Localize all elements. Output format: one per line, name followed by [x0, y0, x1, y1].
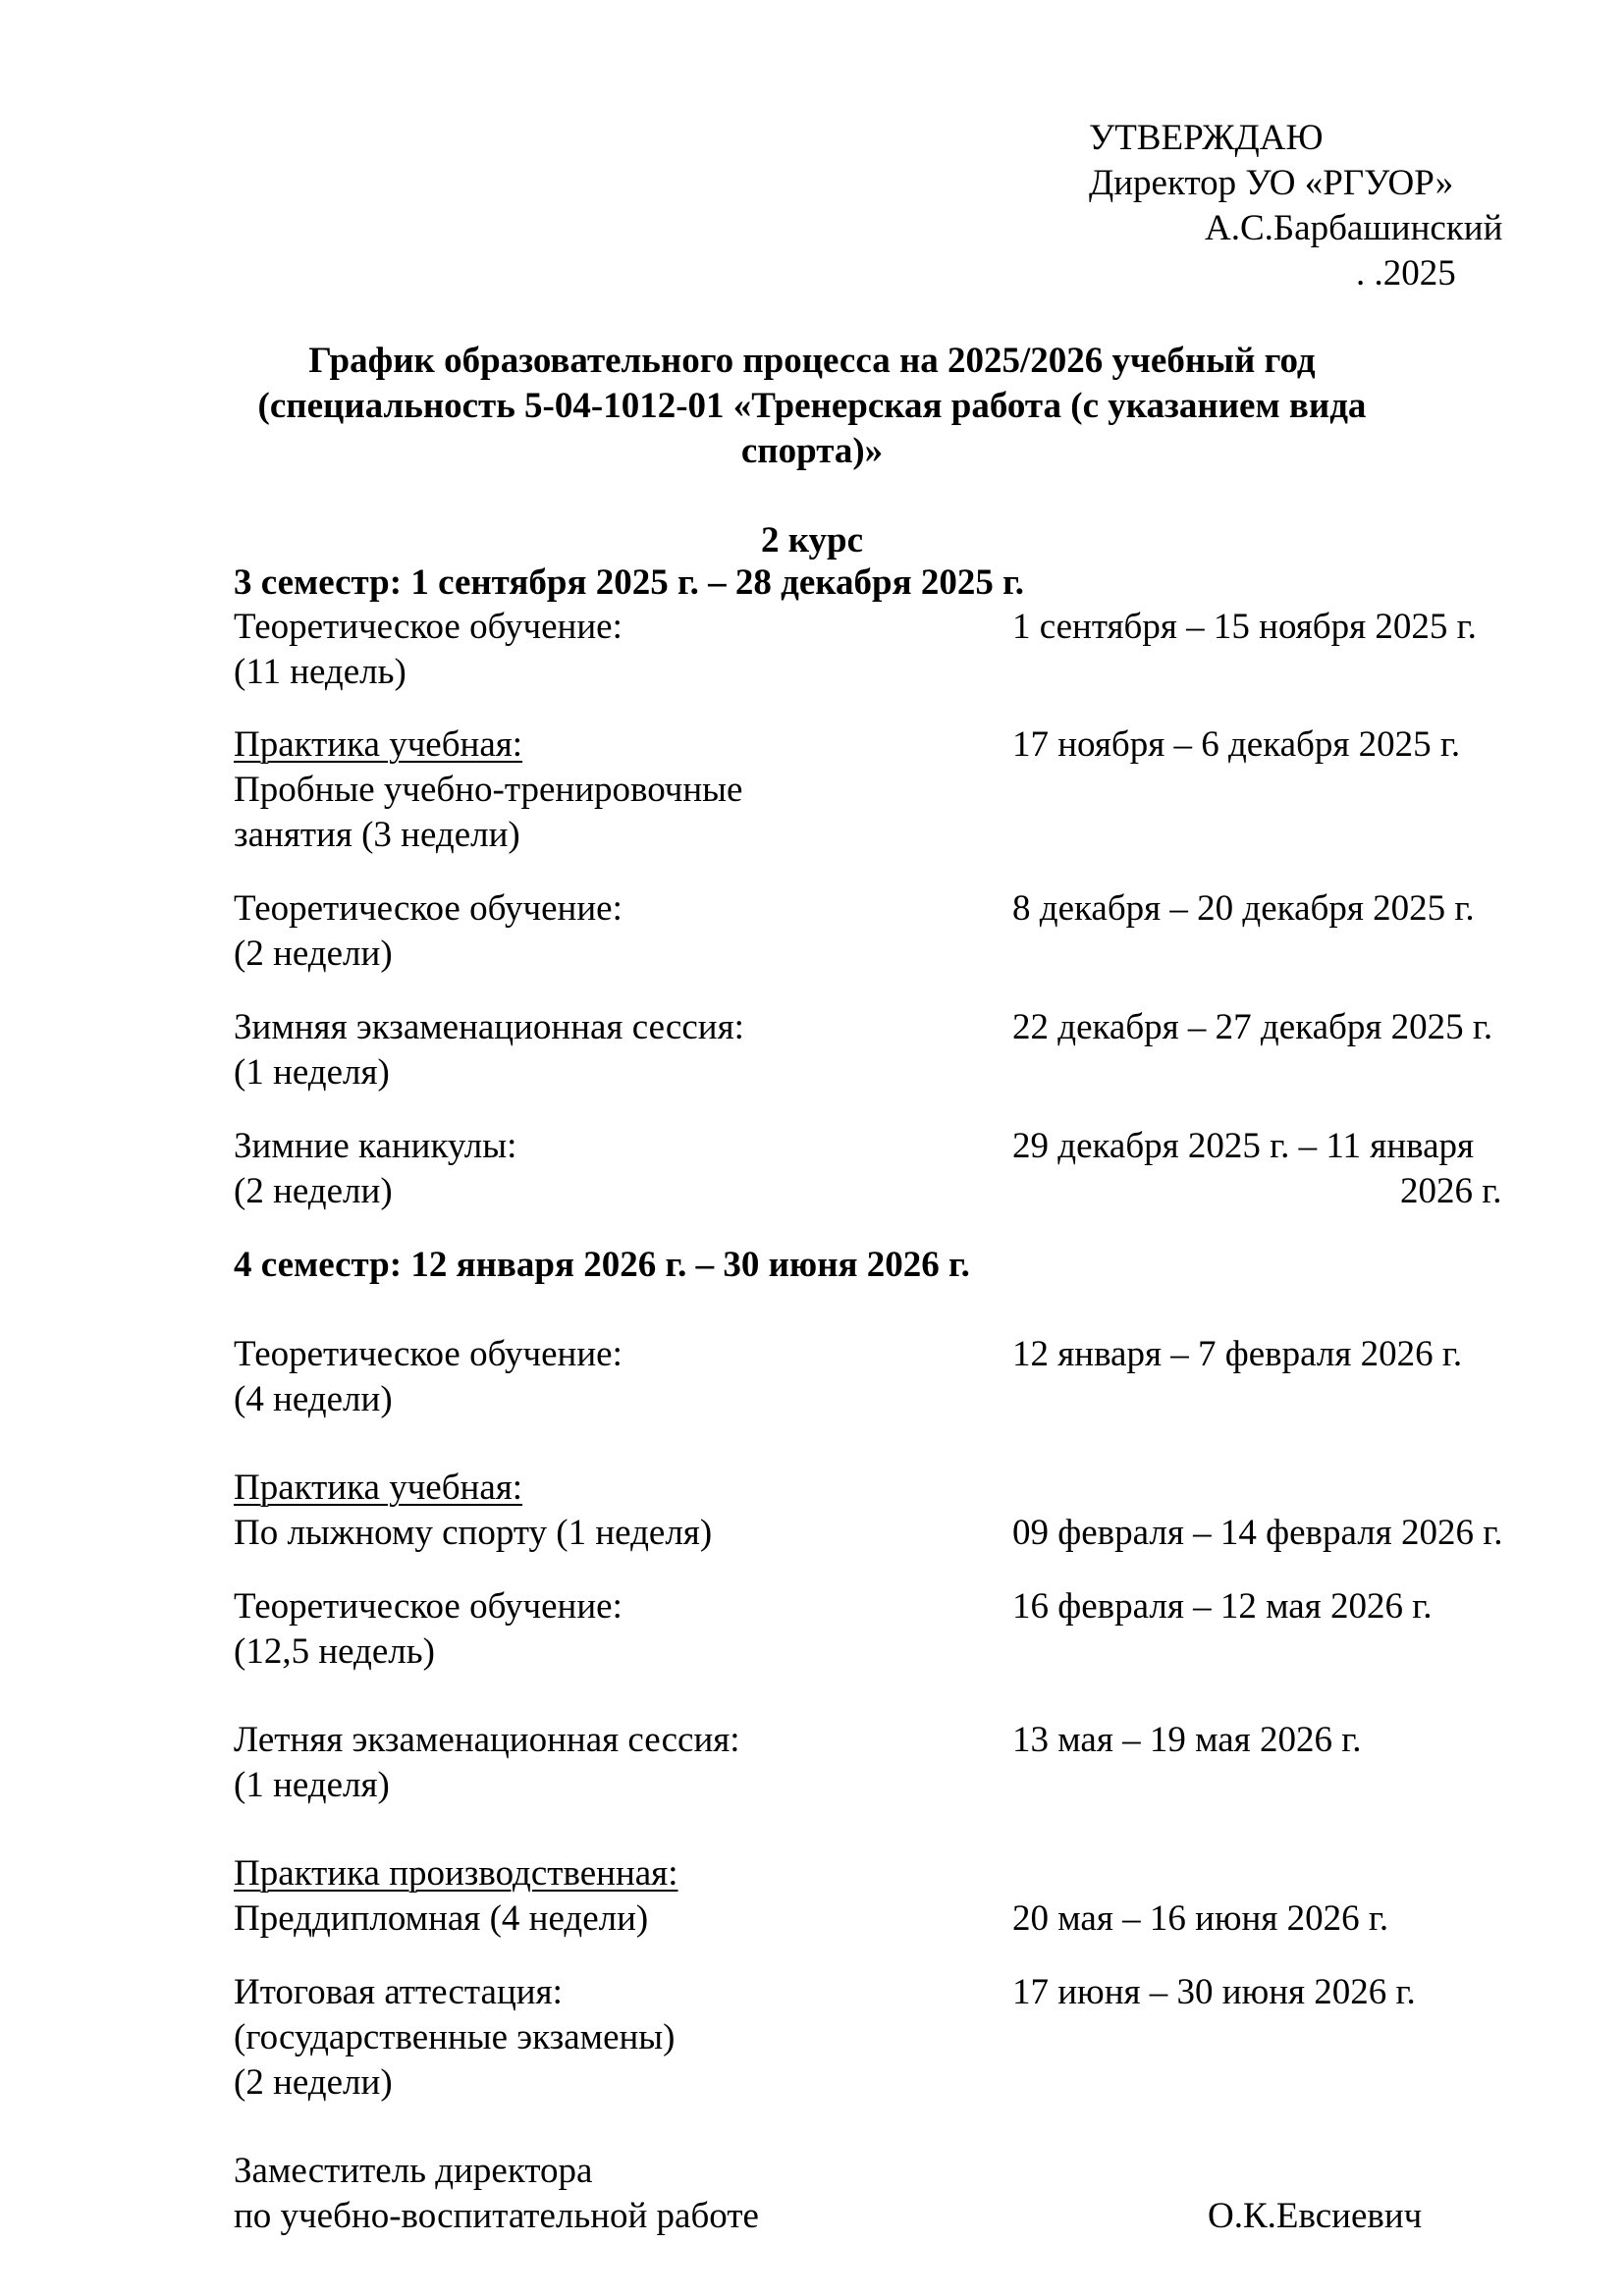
document-title-line-3: спорта)»: [0, 429, 1624, 474]
s3-item-5-dates-cont: 2026 г.: [1400, 1169, 1502, 1214]
s4-item-1-dates: 12 января – 7 февраля 2026 г.: [1012, 1332, 1462, 1377]
signature-position-line-1: Заместитель директора: [234, 2149, 592, 2194]
s4-item-2-label: Практика учебная:: [234, 1466, 522, 1511]
s4-item-5-label: Практика производственная:: [234, 1851, 677, 1896]
s4-item-5-dates: 20 мая – 16 июня 2026 г.: [1012, 1896, 1388, 1942]
approval-position: Директор УО «РГУОР»: [1089, 161, 1453, 206]
s4-item-3-label: Теоретическое обучение:: [234, 1584, 623, 1629]
s3-item-1-detail: (11 недель): [234, 650, 406, 695]
s3-item-5-dates: 29 декабря 2025 г. – 11 января: [1012, 1124, 1474, 1169]
approval-date: . .2025: [1356, 251, 1456, 296]
s3-item-2-detail-2: занятия (3 недели): [234, 813, 520, 858]
s4-item-6-detail-1: (государственные экзамены): [234, 2015, 675, 2060]
s4-item-2-dates: 09 февраля – 14 февраля 2026 г.: [1012, 1511, 1502, 1556]
s4-item-1-label: Теоретическое обучение:: [234, 1332, 623, 1377]
s3-item-4-dates: 22 декабря – 27 декабря 2025 г.: [1012, 1005, 1492, 1050]
course-heading: 2 курс: [0, 518, 1624, 563]
semester-4-heading: 4 семестр: 12 января 2026 г. – 30 июня 2…: [234, 1243, 970, 1288]
s4-item-4-dates: 13 мая – 19 мая 2026 г.: [1012, 1718, 1361, 1763]
document-page: УТВЕРЖДАЮ Директор УО «РГУОР» А.С.Барбаш…: [0, 0, 1624, 2296]
s3-item-2-label: Практика учебная:: [234, 722, 522, 768]
s3-item-1-dates: 1 сентября – 15 ноября 2025 г.: [1012, 605, 1477, 650]
s3-item-5-label: Зимние каникулы:: [234, 1124, 516, 1169]
s4-item-1-detail: (4 недели): [234, 1377, 393, 1422]
signature-position-line-2: по учебно-воспитательной работе: [234, 2194, 759, 2239]
s3-item-3-dates: 8 декабря – 20 декабря 2025 г.: [1012, 886, 1475, 932]
s3-item-1-label: Теоретическое обучение:: [234, 605, 623, 650]
s3-item-2-dates: 17 ноября – 6 декабря 2025 г.: [1012, 722, 1460, 768]
s3-item-2-detail-1: Пробные учебно-тренировочные: [234, 768, 742, 813]
s4-item-3-dates: 16 февраля – 12 мая 2026 г.: [1012, 1584, 1432, 1629]
s4-item-6-detail-2: (2 недели): [234, 2060, 393, 2106]
s3-item-4-label: Зимняя экзаменационная сессия:: [234, 1005, 744, 1050]
s3-item-4-detail: (1 неделя): [234, 1050, 390, 1095]
document-title-line-1: График образовательного процесса на 2025…: [0, 339, 1624, 384]
s3-item-3-label: Теоретическое обучение:: [234, 886, 623, 932]
approval-heading: УТВЕРЖДАЮ: [1089, 116, 1324, 161]
semester-3-heading: 3 семестр: 1 сентября 2025 г. – 28 декаб…: [234, 561, 1024, 606]
s4-item-2-detail: По лыжному спорту (1 неделя): [234, 1511, 712, 1556]
s4-item-3-detail: (12,5 недель): [234, 1629, 435, 1675]
s4-item-6-label: Итоговая аттестация:: [234, 1970, 563, 2015]
s4-item-5-detail: Преддипломная (4 недели): [234, 1896, 648, 1942]
document-title-line-2: (специальность 5-04-1012-01 «Тренерская …: [0, 384, 1624, 429]
s4-item-4-detail: (1 неделя): [234, 1763, 390, 1808]
approval-name: А.С.Барбашинский: [1205, 206, 1502, 251]
s4-item-6-dates: 17 июня – 30 июня 2026 г.: [1012, 1970, 1416, 2015]
signature-name: О.К.Евсиевич: [1208, 2194, 1422, 2239]
s4-item-4-label: Летняя экзаменационная сессия:: [234, 1718, 740, 1763]
s3-item-3-detail: (2 недели): [234, 932, 393, 977]
s3-item-5-detail: (2 недели): [234, 1169, 393, 1214]
